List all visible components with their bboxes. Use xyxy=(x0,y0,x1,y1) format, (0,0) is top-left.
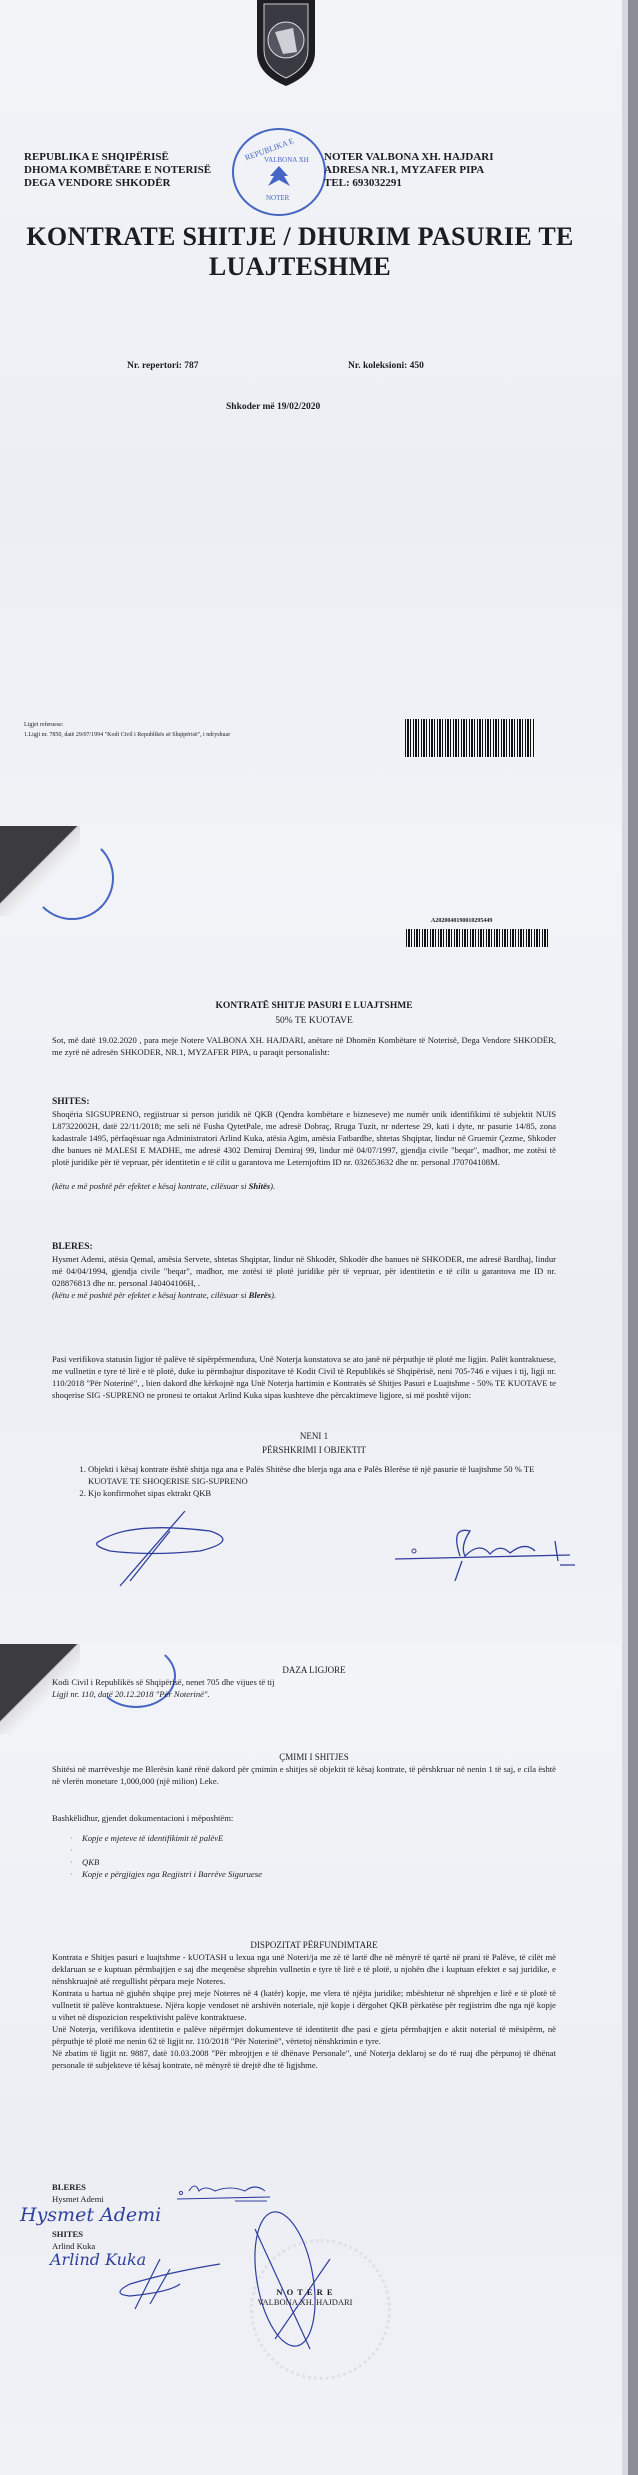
notary-address: ADRESA NR.1, MYZAFER PIPA xyxy=(324,164,494,177)
attachments-label: Bashkëlidhur, gjendet dokumentacioni i m… xyxy=(52,1812,556,1824)
buyer-role: Blerës xyxy=(249,1290,271,1300)
buyer-heading: BLERES: xyxy=(52,1241,556,1253)
seller-role: Shitës xyxy=(249,1181,271,1191)
attachment-item: Kopje e mjeteve të identifikimit të palë… xyxy=(82,1832,562,1844)
header-left-line: DEGA VENDORE SHKODËR xyxy=(24,177,211,190)
seller-section: SHITES: Shoqëria SIGSUPRENO, regjistruar… xyxy=(52,1096,556,1192)
verification-paragraph: Pasi verifikova statusin ligjor të palëv… xyxy=(52,1353,556,1401)
header-left: REPUBLIKA E SHQIPËRISË DHOMA KOMBËTARE E… xyxy=(24,151,211,190)
final-paragraph: Kontrata u hartua në gjuhën shqipe prej … xyxy=(52,1987,556,2023)
legal-basis-line: Ligji nr. 110, datë 20.12.2018 "Për Note… xyxy=(52,1688,556,1700)
seller-heading: SHITES: xyxy=(52,1096,556,1108)
final-provisions: Kontrata e Shitjes pasuri e luajtshme - … xyxy=(52,1951,556,2071)
seller-note-end: ). xyxy=(270,1181,275,1191)
page-1-cover: REPUBLIKA E SHQIPËRISË DHOMA KOMBËTARE E… xyxy=(0,0,628,826)
svg-text:NOTER: NOTER xyxy=(266,194,290,202)
notary-role: N O T E R E xyxy=(230,2287,380,2297)
seller-signature-icon xyxy=(110,2254,230,2314)
barcode xyxy=(405,719,535,757)
header-left-line: REPUBLIKA E SHQIPËRISË xyxy=(24,151,211,164)
buyer-handwritten-name: Hysmet Ademi xyxy=(20,2204,161,2226)
notary-signature-name: VALBONA XH. HAJDARI xyxy=(230,2297,380,2307)
intro-paragraph: Sot, më datë 19.02.2020 , para meje Note… xyxy=(52,1034,556,1058)
legal-basis: Kodi Civil i Republikës së Shqipërisë, n… xyxy=(52,1676,556,1700)
article-number: NENI 1 xyxy=(0,1429,628,1443)
place-date: Shkoder më 19/02/2020 xyxy=(226,402,320,412)
reference-laws: Ligjet referuese: 1.Ligji nr. 7850, datë… xyxy=(24,720,230,740)
buyer-initials-signature-icon xyxy=(175,2179,285,2209)
page-3-contract: DAZA LIGJORE Kodi Civil i Republikës së … xyxy=(0,1644,628,2475)
seller-signature-block: SHITES Arlind Kuka xyxy=(52,2228,95,2252)
buyer-role-label: BLERES xyxy=(52,2181,104,2193)
header-left-line: DHOMA KOMBËTARE E NOTERISË xyxy=(24,164,211,177)
attachments-list: Kopje e mjeteve të identifikimit të palë… xyxy=(70,1832,562,1880)
final-paragraph: Në zbatim të ligjit nr. 9887, datë 10.03… xyxy=(52,2047,556,2071)
legal-basis-title: DAZA LIGJORE xyxy=(0,1664,628,1676)
notary-name: NOTER VALBONA XH. HAJDARI xyxy=(324,151,494,164)
notary-stamp-partial xyxy=(30,836,114,920)
notary-block: N O T E R E VALBONA XH. HAJDARI xyxy=(230,2287,380,2307)
final-paragraph: Kontrata e Shitjes pasuri e luajtshme - … xyxy=(52,1951,556,1987)
notary-chamber-emblem-icon xyxy=(253,0,319,86)
article-title: PËRSHKRIMI I OBJEKTIT xyxy=(0,1443,628,1457)
reference-item: 1.Ligji nr. 7850, datë 29/07/1994 "Kodi … xyxy=(24,730,230,740)
buyer-signature-block: BLERES Hysmet Ademi xyxy=(52,2181,104,2205)
buyer-note-text: (këtu e më poshtë për efektet e kësaj ko… xyxy=(52,1290,249,1300)
seller-details: Shoqëria SIGSUPRENO, regjistruar si pers… xyxy=(52,1108,556,1168)
buyer-signature-icon xyxy=(390,1521,590,1581)
attachment-item: Kopje e përgjigjes nga Regjistri i Barrë… xyxy=(82,1868,562,1880)
reference-label: Ligjet referuese: xyxy=(24,720,230,730)
seller-note-text: (këtu e më poshtë për efektet e kësaj ko… xyxy=(52,1181,249,1191)
notary-stamp: REPUBLIKA E VALBONA XH NOTER xyxy=(232,128,326,216)
legal-basis-line: Kodi Civil i Republikës së Shqipërisë, n… xyxy=(52,1676,556,1688)
article-items: Objekti i kësaj kontrate është shitja ng… xyxy=(70,1463,574,1499)
contract-subtitle: 50% TE KUOTAVE xyxy=(0,1016,628,1026)
eagle-icon: REPUBLIKA E VALBONA XH NOTER xyxy=(234,130,324,214)
collection-number: Nr. koleksioni: 450 xyxy=(348,361,424,371)
seller-signature-icon xyxy=(90,1511,250,1591)
svg-text:VALBONA XH: VALBONA XH xyxy=(264,156,309,164)
seller-role-label: SHITES xyxy=(52,2228,95,2240)
document-title: KONTRATE SHITJE / DHURIM PASURIE TE LUAJ… xyxy=(20,222,580,282)
buyer-note-end: ). xyxy=(271,1290,276,1300)
seller-note: (këtu e më poshtë për efektet e kësaj ko… xyxy=(52,1180,556,1192)
buyer-note: (këtu e më poshtë për efektet e kësaj ko… xyxy=(52,1289,556,1301)
page-2-contract: A2020040190010295449 KONTRATË SHITJE PAS… xyxy=(0,826,628,1644)
repertory-number: Nr. repertori: 787 xyxy=(127,361,199,371)
document-barcode xyxy=(406,929,548,947)
price-paragraph: Shitësi në marrëveshje me Blerësin kanë … xyxy=(52,1763,556,1787)
notary-phone: TEL: 693032291 xyxy=(324,177,494,190)
buyer-details: Hysmet Ademi, atësia Qemal, amësia Serve… xyxy=(52,1253,556,1289)
final-provisions-title: DISPOZITAT PËRFUNDIMTARE xyxy=(0,1939,628,1951)
article-item: Objekti i kësaj kontrate është shitja ng… xyxy=(88,1463,574,1487)
final-paragraph: Unë Noterja, verifikova identitetin e pa… xyxy=(52,2023,556,2047)
buyer-section: BLERES: Hysmet Ademi, atësia Qemal, amës… xyxy=(52,1241,556,1301)
article-1: NENI 1 PËRSHKRIMI I OBJEKTIT xyxy=(0,1429,628,1457)
price-title: ÇMIMI I SHITJES xyxy=(0,1751,628,1763)
contract-title: KONTRATË SHITJE PASURI E LUAJTSHME xyxy=(0,1001,628,1011)
attachment-item: QKB xyxy=(82,1856,562,1868)
header-right: NOTER VALBONA XH. HAJDARI ADRESA NR.1, M… xyxy=(324,151,494,190)
document-barcode-id: A2020040190010295449 xyxy=(431,918,492,924)
notary-signature-icon xyxy=(235,2209,355,2359)
article-item: Kjo konfirmohet sipas ektrakt QKB xyxy=(88,1487,574,1499)
attachment-item xyxy=(82,1844,562,1856)
